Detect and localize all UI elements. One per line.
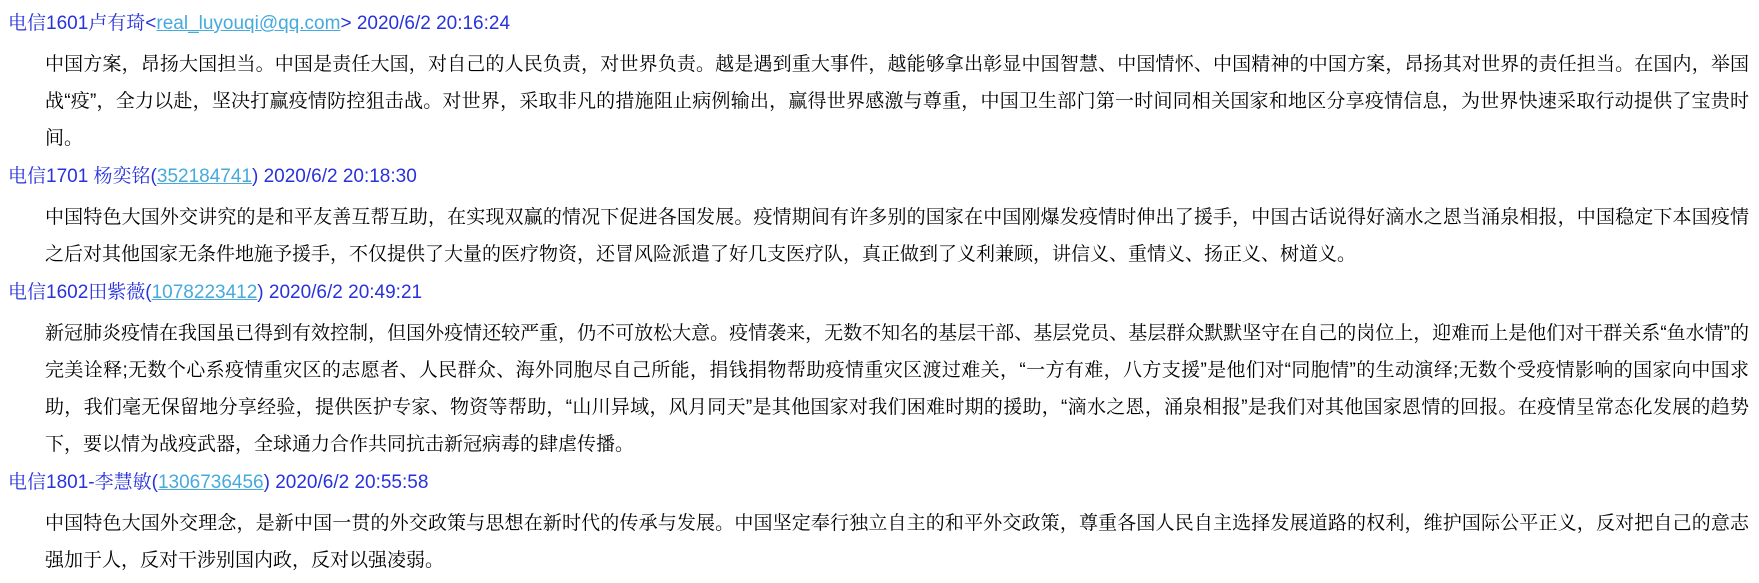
chat-message: 电信1701 杨奕铭(352184741) 2020/6/2 20:18:30 …: [0, 163, 1759, 273]
message-time: 2020/6/2 20:49:21: [264, 282, 422, 303]
message-text: 新冠肺炎疫情在我国虽已得到有效控制，但国外疫情还较严重，仍不可放松大意。疫情袭来…: [45, 315, 1749, 463]
message-header: 电信1801-李慧敏(1306736456) 2020/6/2 20:55:58: [0, 469, 1759, 497]
chat-transcript: 电信1601卢有琦<real_luyouqi@qq.com> 2020/6/2 …: [0, 10, 1759, 579]
message-text: 中国方案，昂扬大国担当。中国是责任大国，对自己的人民负责，对世界负责。越是遇到重…: [45, 46, 1749, 157]
message-header: 电信1601卢有琦<real_luyouqi@qq.com> 2020/6/2 …: [0, 10, 1759, 38]
message-time: 2020/6/2 20:16:24: [352, 13, 510, 34]
message-time: 2020/6/2 20:55:58: [270, 472, 428, 493]
message-time: 2020/6/2 20:18:30: [258, 166, 416, 187]
contact-link[interactable]: real_luyouqi@qq.com: [156, 13, 340, 34]
contact-link[interactable]: 1306736456: [158, 472, 264, 493]
contact-link[interactable]: 352184741: [157, 166, 252, 187]
sender-name: 电信1602田紫薇: [8, 282, 145, 303]
sender-name: 电信1801-李慧敏: [8, 472, 152, 493]
message-header: 电信1602田紫薇(1078223412) 2020/6/2 20:49:21: [0, 279, 1759, 307]
sender-name: 电信1701 杨奕铭: [8, 166, 151, 187]
contact-link[interactable]: 1078223412: [152, 282, 258, 303]
chat-message: 电信1801-李慧敏(1306736456) 2020/6/2 20:55:58…: [0, 469, 1759, 579]
sender-name: 电信1601卢有琦: [8, 13, 145, 34]
message-text: 中国特色大国外交讲究的是和平友善互帮互助，在实现双赢的情况下促进各国发展。疫情期…: [45, 199, 1749, 273]
chat-message: 电信1602田紫薇(1078223412) 2020/6/2 20:49:21 …: [0, 279, 1759, 463]
chat-message: 电信1601卢有琦<real_luyouqi@qq.com> 2020/6/2 …: [0, 10, 1759, 157]
message-header: 电信1701 杨奕铭(352184741) 2020/6/2 20:18:30: [0, 163, 1759, 191]
message-text: 中国特色大国外交理念，是新中国一贯的外交政策与思想在新时代的传承与发展。中国坚定…: [45, 505, 1749, 579]
contact-open-bracket: <: [145, 13, 156, 34]
contact-close-bracket: >: [340, 13, 351, 34]
